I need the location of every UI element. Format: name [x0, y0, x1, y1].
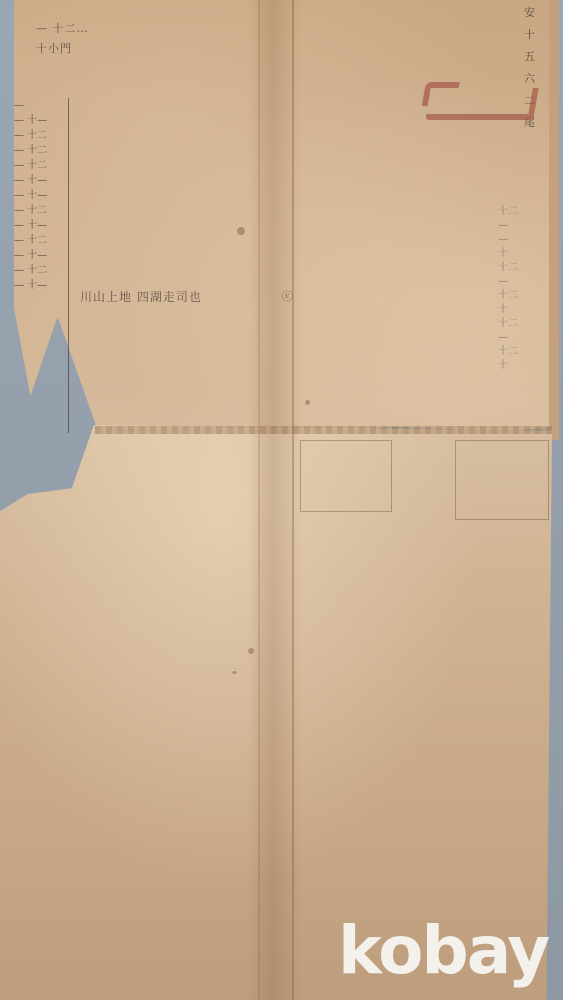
handwritten-middle-line: 川山上地 四湖走司也	[80, 288, 202, 305]
ink-stain	[248, 648, 254, 654]
handwritten-left-column: — — 十— — 十二 — 十二 — 十二 — 十— — 十— — 十二 — 十…	[14, 98, 47, 293]
torn-fold-edge	[95, 426, 552, 434]
red-ink-mark	[425, 88, 539, 120]
handwritten-note: — 十二…	[36, 20, 89, 36]
handwritten-mark: ⓒ	[282, 288, 294, 304]
fold-crease-left	[258, 0, 260, 1000]
faint-stamp-box	[300, 440, 392, 512]
vertical-fold-shadow	[248, 0, 303, 1000]
faint-stamp-box	[455, 440, 549, 520]
ink-stain	[232, 671, 237, 674]
watermark-logo: kobay	[338, 918, 548, 984]
handwritten-note: 十小門	[36, 40, 72, 56]
fold-crease-right	[292, 0, 294, 1000]
ink-stain	[305, 400, 310, 405]
margin-rule-line	[68, 98, 69, 433]
ink-stain	[237, 227, 245, 235]
paper-right-edge	[549, 0, 559, 440]
handwritten-right-column-faint: 十二 — — 十 十二 — 十二 十 十二 — 十二 十	[498, 205, 518, 373]
